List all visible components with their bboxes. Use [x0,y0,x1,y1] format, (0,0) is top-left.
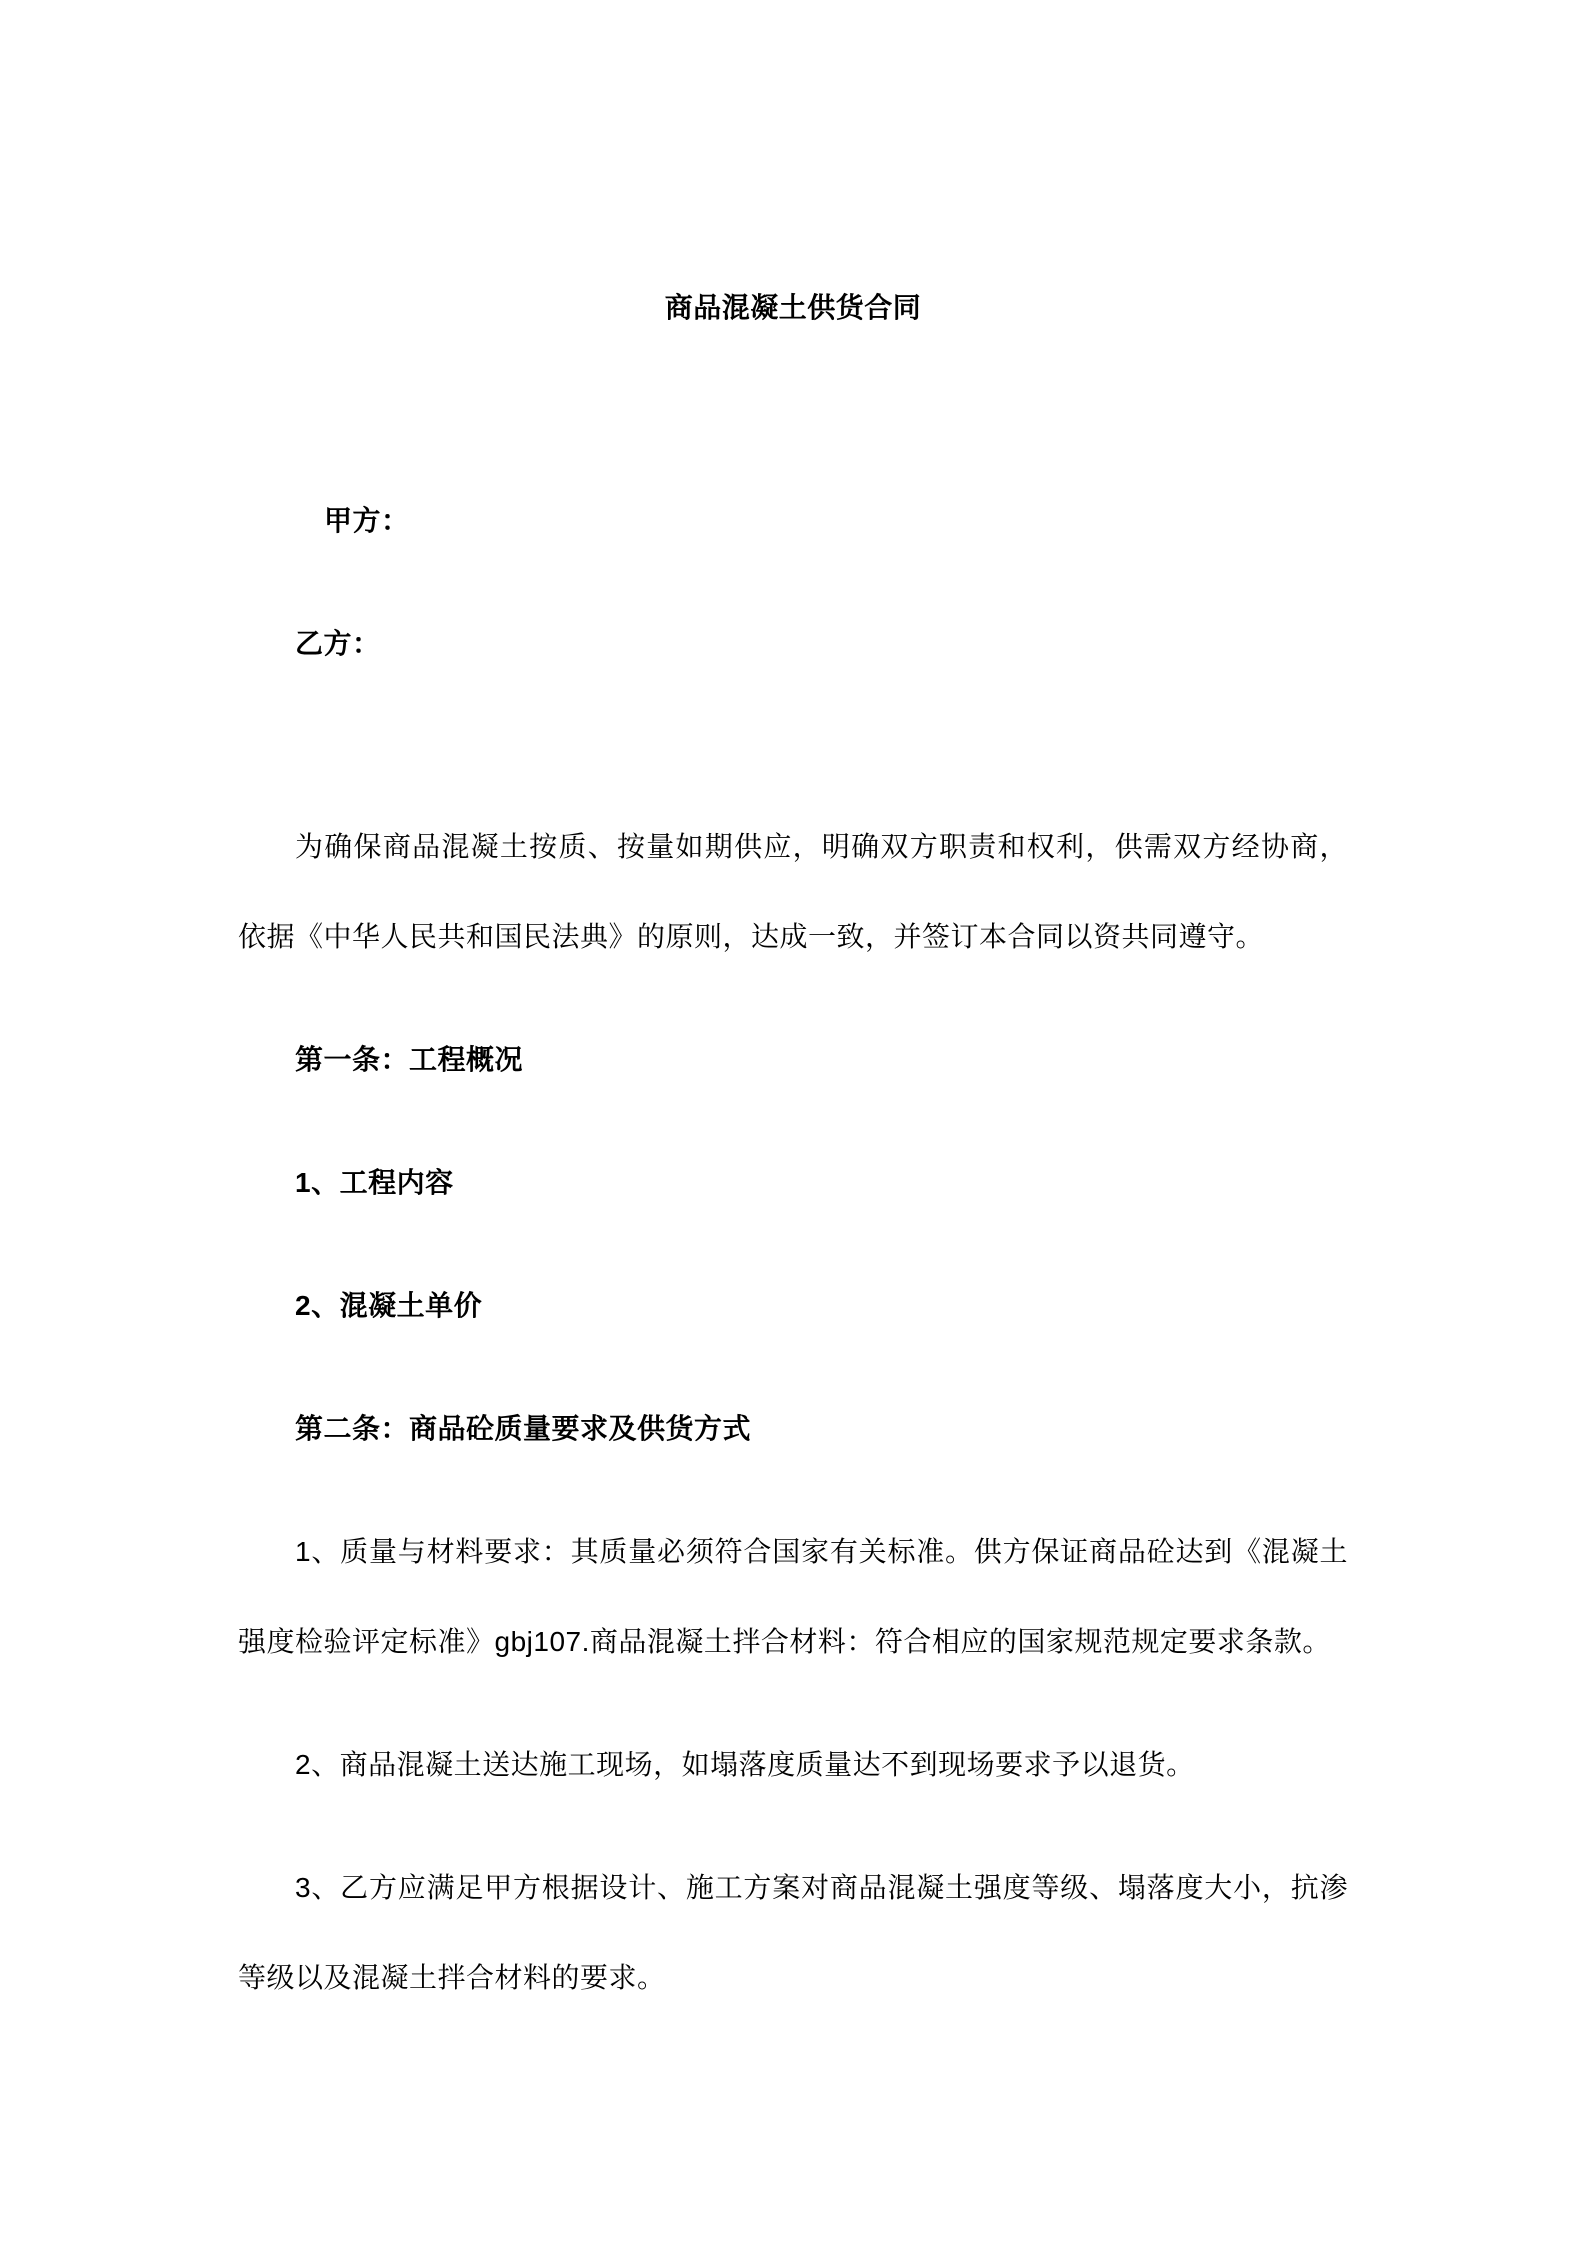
document-title: 商品混凝土供货合同 [238,263,1348,353]
section-2-clause-3: 3、乙方应满足甲方根据设计、施工方案对商品混凝土强度等级、塌落度大小，抗渗等级以… [238,1843,1348,2023]
section-1-heading: 第一条：工程概况 [238,1015,1348,1105]
section-2-heading: 第二条：商品砼质量要求及供货方式 [238,1384,1348,1474]
section-2-clause-1: 1、质量与材料要求：其质量必须符合国家有关标准。供方保证商品砼达到《混凝土强度检… [238,1507,1348,1687]
section-2-clause-2: 2、商品混凝土送达施工现场，如塌落度质量达不到现场要求予以退货。 [238,1720,1348,1810]
blank-line [238,722,1348,802]
contract-document-page: 商品混凝土供货合同 甲方： 乙方： 为确保商品混凝土按质、按量如期供应，明确双方… [0,0,1586,2244]
party-b-label: 乙方： [238,599,1348,689]
party-a-label: 甲方： [238,476,1348,566]
section-1-item-concrete-unit-price: 2、混凝土单价 [238,1261,1348,1351]
blank-line [238,386,1348,476]
section-1-item-project-content: 1、工程内容 [238,1138,1348,1228]
preamble-paragraph: 为确保商品混凝土按质、按量如期供应，明确双方职责和权利，供需双方经协商，依据《中… [238,802,1348,982]
